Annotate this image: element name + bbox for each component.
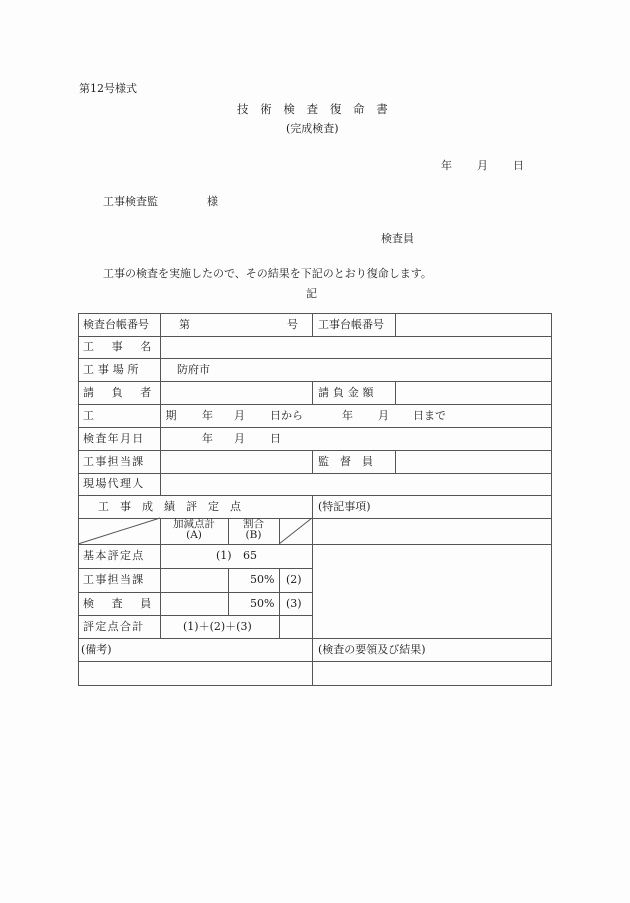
date-day: 日 [513, 159, 524, 173]
document-subtitle: (完成検査) [286, 122, 339, 136]
construction-ledger-no-value[interactable] [400, 318, 545, 332]
label-total-score: 評定点合計 [83, 620, 145, 634]
col-a-line2: (A) [160, 530, 228, 541]
period-from-month: 月 [234, 409, 245, 423]
date-year: 年 [441, 159, 452, 173]
section-score-ref: (2) [286, 573, 302, 587]
period-to-year: 年 [342, 409, 353, 423]
section-score-a[interactable] [164, 573, 224, 587]
results-label: (検査の要領及び結果) [318, 643, 426, 657]
period-to-day: 日まで [413, 409, 446, 423]
remarks-label: (備考) [81, 643, 112, 657]
period-from-day: 日から [270, 409, 303, 423]
inspector-score-ref: (3) [286, 597, 302, 611]
document-title: 技 術 検 査 復 命 書 [237, 102, 392, 116]
inspection-date-day: 日 [270, 432, 281, 446]
addressee-label: 工事検査監 [103, 195, 158, 209]
site-agent-value[interactable] [166, 477, 546, 491]
score-header: 工 事 成 績 評 定 点 [98, 500, 241, 514]
body-text: 工事の検査を実施したので、その結果を下記のとおり復命します。 [103, 267, 432, 281]
remarks-value[interactable] [82, 665, 308, 681]
addressee-honorific: 様 [207, 195, 218, 209]
inspector-label: 検査員 [381, 232, 414, 246]
col-a-label: 加減点計 (A) [160, 519, 228, 541]
inspection-date-year: 年 [202, 432, 213, 446]
date-month: 月 [477, 159, 488, 173]
label-contractor: 請 負 者 [83, 386, 155, 400]
label-construction-ledger-no: 工事台帳番号 [318, 318, 384, 332]
construction-name-value[interactable] [166, 340, 546, 354]
label-inspection-ledger-no: 検査台帳番号 [83, 318, 149, 332]
diagonal-slash-ref [279, 518, 312, 544]
col-b-label: 割合 (B) [228, 519, 279, 541]
label-construction-period: 工 期 [83, 409, 193, 423]
construction-site-value[interactable]: 防府市 [177, 363, 210, 377]
label-basic-score: 基本評定点 [83, 549, 145, 563]
ledger-go: 号 [287, 318, 298, 332]
inspector-score-a[interactable] [164, 597, 224, 611]
label-responsible-section: 工事担当課 [83, 455, 145, 469]
label-construction-site: 工事場所 [83, 363, 142, 377]
basic-score-value: 65 [243, 549, 257, 563]
diagonal-slash-label [78, 518, 160, 544]
form-number: 第12号様式 [79, 82, 137, 96]
label-site-agent: 現場代理人 [83, 477, 145, 491]
label-section-score: 工事担当課 [83, 573, 145, 587]
inspector-score-ratio: 50% [250, 597, 274, 611]
results-value[interactable] [316, 665, 548, 681]
basic-score-ref: (1) [216, 549, 232, 563]
inspection-date-month: 月 [234, 432, 245, 446]
special-notes-label: (特記事項) [318, 500, 371, 514]
section-score-ratio: 50% [250, 573, 274, 587]
contract-amount-value[interactable] [400, 386, 545, 400]
total-score-formula: (1)＋(2)＋(3) [183, 620, 252, 634]
ki-heading: 記 [306, 287, 317, 301]
label-supervisor: 監 督 員 [318, 455, 373, 469]
period-to-month: 月 [378, 409, 389, 423]
label-inspector-score: 検 査 員 [83, 597, 155, 611]
contractor-value[interactable] [166, 386, 306, 400]
col-b-line2: (B) [228, 530, 279, 541]
total-score-value[interactable] [283, 620, 309, 634]
label-inspection-date: 検査年月日 [83, 432, 145, 446]
ledger-dai: 第 [179, 318, 190, 332]
label-construction-name: 工 事 名 [83, 340, 155, 354]
label-contract-amount: 請負金額 [318, 386, 377, 400]
period-from-year: 年 [202, 409, 213, 423]
responsible-section-value[interactable] [166, 455, 306, 469]
supervisor-value[interactable] [400, 455, 545, 469]
